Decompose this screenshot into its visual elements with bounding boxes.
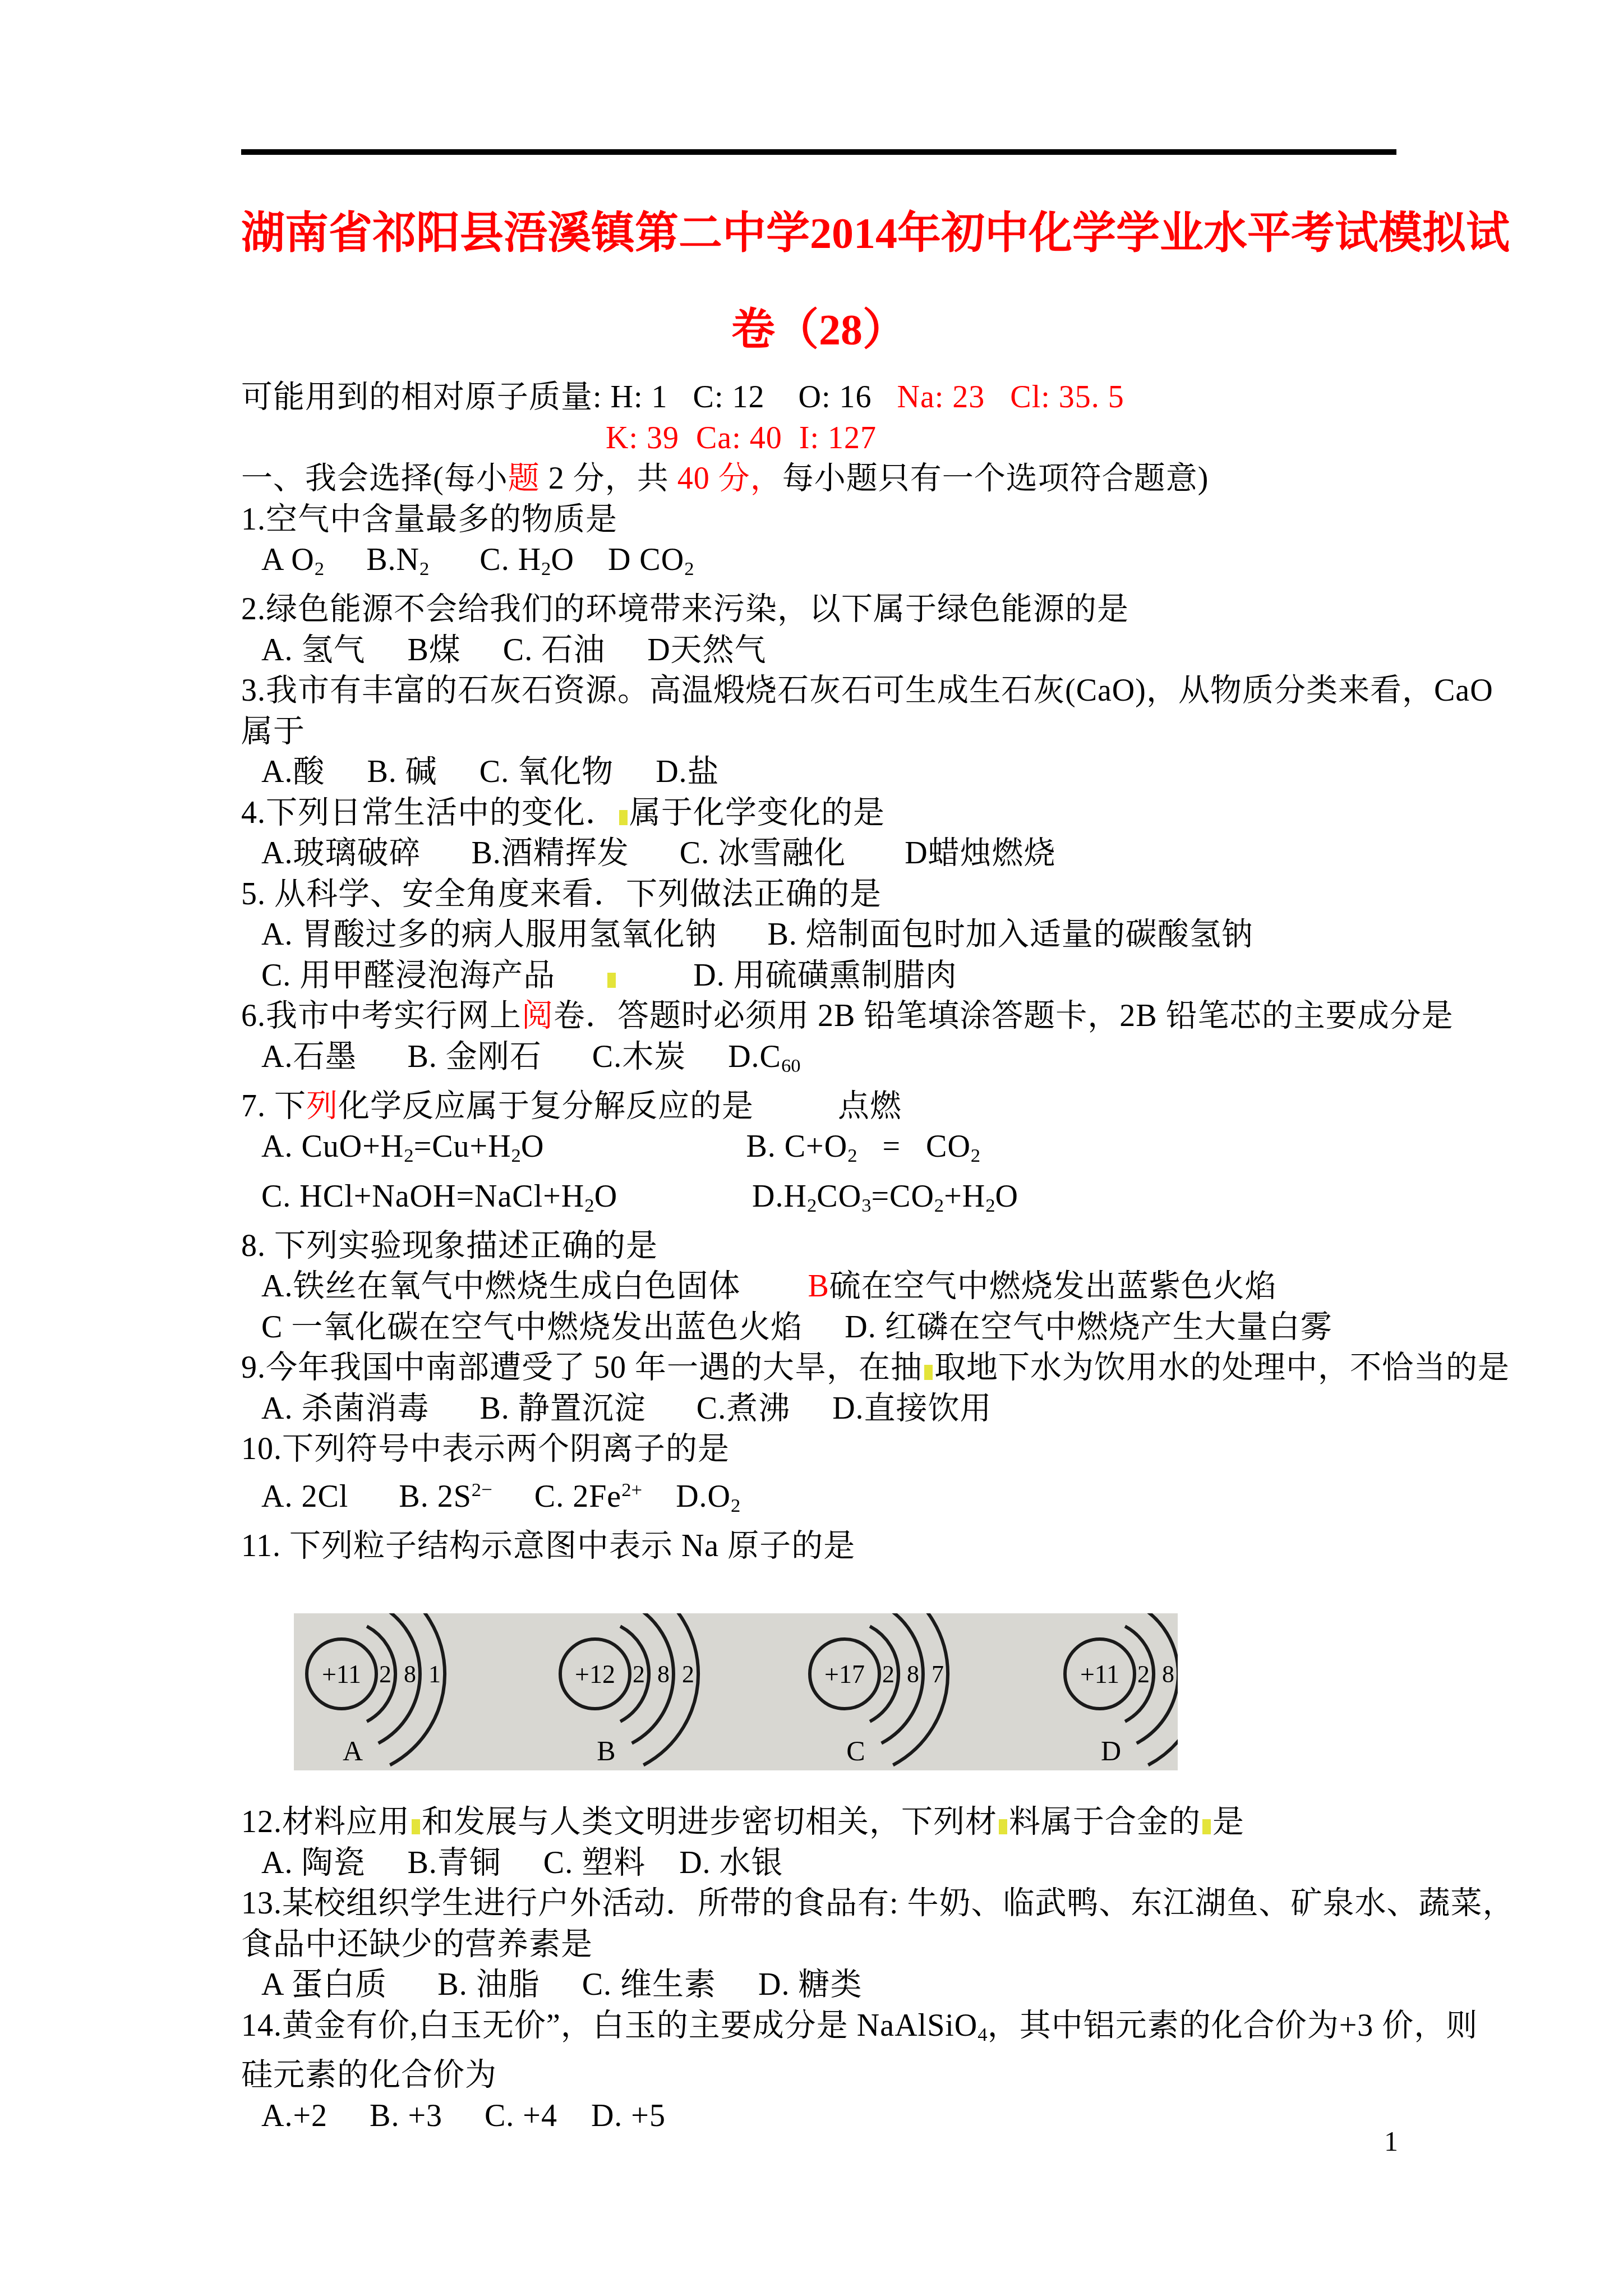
- svg-text:8: 8: [907, 1660, 919, 1688]
- exam-line: A. 胃酸过多的病人服用氢氧化钠 B. 焙制面包时加入适量的碳酸氢钠: [241, 914, 1531, 955]
- atom-diagram-B: +12282B: [560, 1613, 698, 1766]
- exam-line: 6.我市中考实行网上阅卷．答题时必须用 2B 铅笔填涂答题卡，2B 铅笔芯的主要…: [241, 996, 1531, 1037]
- exam-line: 可能用到的相对原子质量: H: 1 C: 12 O: 16 Na: 23 Cl:…: [241, 377, 1531, 418]
- exam-line: A. CuO+H2=Cu+H2O B. C+O2 = CO2: [241, 1126, 1531, 1176]
- exam-line: C 一氧化碳在空气中燃烧发出蓝色火焰 D. 红磷在空气中燃烧产生大量白雾: [241, 1307, 1531, 1348]
- exam-line: C. 用甲醛浸泡海产品 D. 用硫磺熏制腊肉: [241, 955, 1531, 996]
- exam-line: 属于: [241, 711, 1531, 752]
- exam-line: 11. 下列粒子结构示意图中表示 Na 原子的是: [241, 1526, 1531, 1567]
- figure-option-label: A: [343, 1735, 363, 1766]
- svg-text:+11: +11: [322, 1660, 361, 1688]
- svg-text:+11: +11: [1080, 1660, 1119, 1688]
- highlight-mark: [619, 810, 628, 825]
- exam-line: K: 39 Ca: 40 I: 127: [241, 418, 1531, 459]
- svg-text:8: 8: [657, 1660, 670, 1688]
- highlight-mark: [924, 1365, 933, 1380]
- exam-line: A.铁丝在氧气中燃烧生成白色固体 B硫在空气中燃烧发出蓝紫色火焰: [241, 1266, 1531, 1307]
- atom-diagram-C: +17287C: [810, 1613, 948, 1766]
- exam-line: A.石墨 B. 金刚石 C.木炭 D.C60: [241, 1037, 1531, 1086]
- exam-line: 一、我会选择(每小题 2 分，共 40 分，每小题只有一个选项符合题意): [241, 458, 1531, 499]
- exam-line: A 蛋白质 B. 油脂 C. 维生素 D. 糖类: [241, 1964, 1531, 2005]
- highlight-mark: [999, 1819, 1007, 1834]
- exam-line: A O2 B.N2 C. H2O D CO2: [241, 540, 1531, 589]
- atom-diagram-A: +11281A: [307, 1613, 445, 1766]
- svg-text:+12: +12: [575, 1660, 615, 1688]
- figure-option-label: D: [1101, 1735, 1121, 1766]
- exam-line: 1.空气中含量最多的物质是: [241, 499, 1531, 540]
- exam-line: A. 杀菌消毒 B. 静置沉淀 C.煮沸 D.直接饮用: [241, 1388, 1531, 1429]
- exam-line: 硅元素的化合价为: [241, 2055, 1531, 2096]
- exam-line: 食品中还缺少的营养素是: [241, 1924, 1531, 1965]
- exam-line: 8. 下列实验现象描述正确的是: [241, 1226, 1531, 1267]
- svg-text:2: 2: [682, 1660, 694, 1688]
- exam-line: 14.黄金有价,白玉无价”，白玉的主要成分是 NaAlSiO4，其中铝元素的化合…: [241, 2005, 1531, 2055]
- svg-text:8: 8: [1162, 1660, 1174, 1688]
- atom-diagram-D: +1128D: [1065, 1613, 1178, 1766]
- exam-line: A.酸 B. 碱 C. 氧化物 D.盐: [241, 752, 1531, 793]
- exam-line: C. HCl+NaOH=NaCl+H2O D.H2CO3=CO2+H2O: [241, 1176, 1531, 1226]
- exam-line: 7. 下列化学反应属于复分解反应的是 点燃: [241, 1086, 1531, 1127]
- svg-text:7: 7: [932, 1660, 944, 1688]
- exam-line: A. 氢气 B煤 C. 石油 D天然气: [241, 630, 1531, 671]
- svg-text:2: 2: [633, 1660, 645, 1688]
- header-rule: [241, 149, 1396, 155]
- svg-text:1: 1: [428, 1660, 441, 1688]
- page-title: 湖南省祁阳县浯溪镇第二中学2014年初中化学学业水平考试模拟试 卷（28）: [241, 185, 1396, 378]
- page-title-line1: 湖南省祁阳县浯溪镇第二中学2014年初中化学学业水平考试模拟试: [241, 185, 1396, 282]
- figure-option-label: C: [846, 1735, 865, 1766]
- svg-text:2: 2: [1137, 1660, 1150, 1688]
- exam-line: A. 陶瓷 B.青铜 C. 塑料 D. 水银: [241, 1843, 1531, 1884]
- exam-line: 2.绿色能源不会给我们的环境带来污染，以下属于绿色能源的是: [241, 589, 1531, 630]
- exam-line: 5. 从科学、安全角度来看．下列做法正确的是: [241, 874, 1531, 915]
- exam-line: A.玻璃破碎 B.酒精挥发 C. 冰雪融化 D蜡烛燃烧: [241, 833, 1531, 874]
- svg-text:+17: +17: [824, 1660, 865, 1688]
- exam-line: 10.下列符号中表示两个阴离子的是: [241, 1429, 1531, 1470]
- exam-line: 4.下列日常生活中的变化．属于化学变化的是: [241, 793, 1531, 834]
- highlight-mark: [607, 973, 616, 988]
- exam-page: 湖南省祁阳县浯溪镇第二中学2014年初中化学学业水平考试模拟试 卷（28） 可能…: [0, 0, 1623, 2296]
- exam-line: 13.某校组织学生进行户外活动．所带的食品有: 牛奶、临武鸭、东江湖鱼、矿泉水、…: [241, 1883, 1531, 1924]
- svg-text:2: 2: [379, 1660, 391, 1688]
- document-body: 可能用到的相对原子质量: H: 1 C: 12 O: 16 Na: 23 Cl:…: [241, 377, 1531, 2136]
- exam-line: A. 2Cl B. 2S2− C. 2Fe2+ D.O2: [241, 1470, 1531, 1526]
- exam-line: 3.我市有丰富的石灰石资源。高温煅烧石灰石可生成生石灰(CaO)，从物质分类来看…: [241, 670, 1531, 711]
- svg-text:2: 2: [882, 1660, 895, 1688]
- svg-text:8: 8: [404, 1660, 416, 1688]
- page-number: 1: [1384, 2125, 1398, 2157]
- exam-line: A.+2 B. +3 C. +4 D. +5: [241, 2096, 1531, 2137]
- exam-line: 12.材料应用和发展与人类文明进步密切相关，下列材料属于合金的是: [241, 1802, 1531, 1843]
- page-title-line2: 卷（28）: [241, 282, 1396, 378]
- highlight-mark: [412, 1819, 420, 1834]
- exam-line: 9.今年我国中南部遭受了 50 年一遇的大旱，在抽取地下水为饮用水的处理中，不恰…: [241, 1347, 1531, 1388]
- figure-option-label: B: [597, 1735, 615, 1766]
- atomic-structure-figure: +11281A+12282B+17287C+1128D: [294, 1613, 1178, 1770]
- highlight-mark: [1202, 1819, 1211, 1834]
